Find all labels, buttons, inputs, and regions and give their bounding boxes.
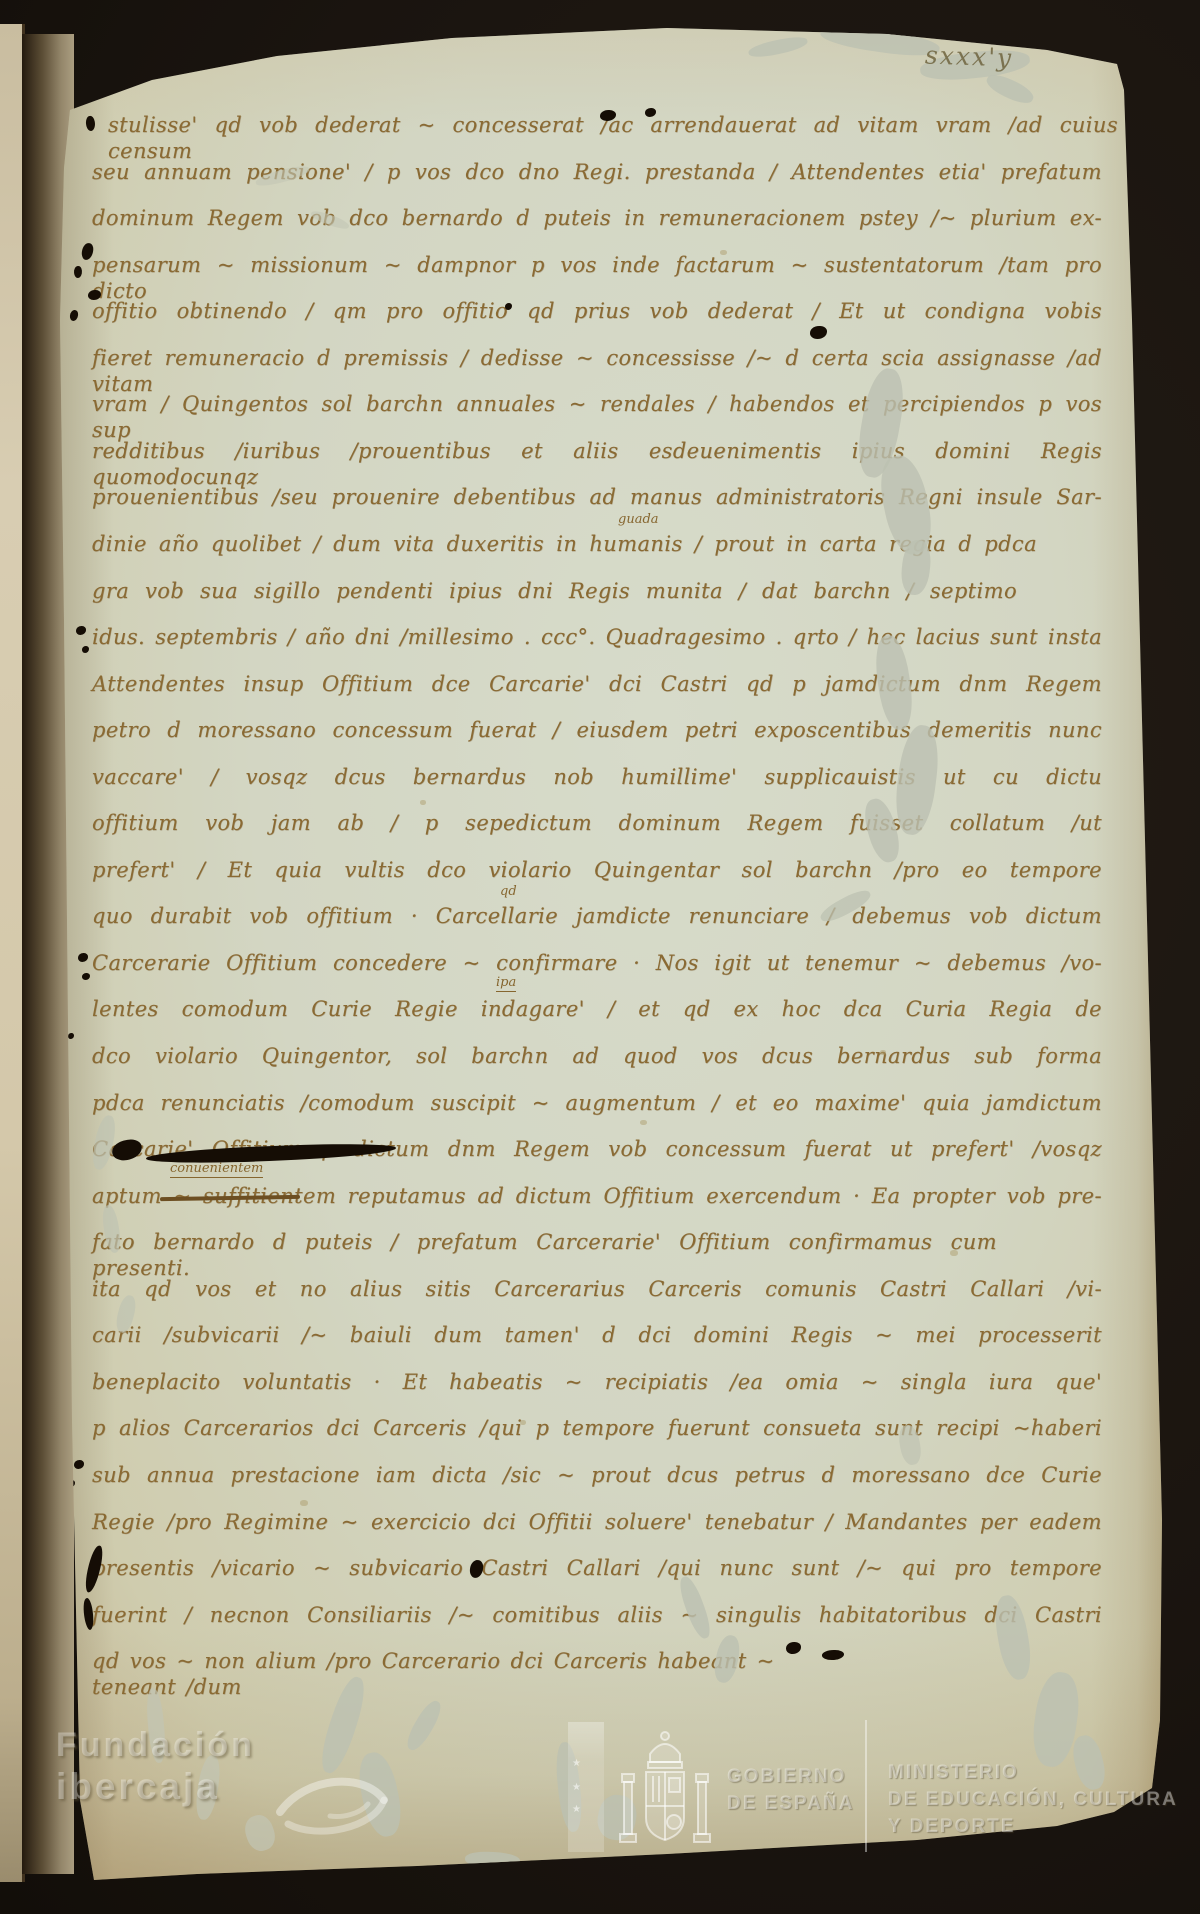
manuscript-line: seu annuam pensione' / p vos dco dno Reg… xyxy=(92,159,1102,211)
manuscript-line: Attendentes insup Offitium dce Carcarie'… xyxy=(92,671,1102,723)
manuscript-line: carii /subvicarii /~ baiuli dum tamen' d… xyxy=(92,1322,1102,1374)
ibercaja-watermark-line1: Fundación xyxy=(56,1726,255,1765)
damage-stain xyxy=(300,1500,308,1506)
manuscript-line: sub annua prestacione iam dicta /sic ~ p… xyxy=(92,1462,1102,1514)
manuscript-line: presentis /vicario ~ subvicario Castri C… xyxy=(92,1555,1102,1607)
ink-blot xyxy=(69,310,78,322)
interlinear-addition: qd xyxy=(500,885,517,899)
ink-blot xyxy=(82,646,89,653)
damage-stain xyxy=(640,1120,647,1125)
star-icon: ★ xyxy=(572,1804,581,1815)
damage-stain xyxy=(984,70,1037,107)
damage-stain xyxy=(950,1250,958,1256)
damage-stain xyxy=(819,22,941,60)
interlinear-addition: guada xyxy=(618,513,659,527)
ink-blot xyxy=(85,115,96,131)
manuscript-line: aptum ~ suffitientem reputamus ad dictum… xyxy=(92,1183,1102,1235)
ibercaja-logo-icon xyxy=(272,1760,394,1848)
damage-stain xyxy=(402,1697,445,1754)
manuscript-photo: stulisse' qd vob dederat ~ concesserat /… xyxy=(0,0,1200,1914)
manuscript-line: lentes comodum Curie Regie indagare' / e… xyxy=(92,996,1102,1048)
ink-blot xyxy=(76,626,86,635)
damage-stain xyxy=(1069,1732,1109,1792)
manuscript-page: stulisse' qd vob dederat ~ concesserat /… xyxy=(22,20,1172,1888)
ink-blot xyxy=(82,973,90,980)
damage-stain xyxy=(420,800,426,805)
manuscript-line: gra vob sua sigillo pendenti ipius dni R… xyxy=(92,578,1017,630)
star-icon: ★ xyxy=(572,1758,581,1769)
ink-blot xyxy=(822,1650,844,1660)
damage-stain xyxy=(720,250,727,255)
gobierno-watermark-line2: DE ESPAÑA xyxy=(727,1793,854,1815)
damage-stain xyxy=(962,1860,1017,1868)
manuscript-line: Regie /pro Regimine ~ exercicio dci Offi… xyxy=(92,1509,1102,1561)
spain-coat-of-arms-icon xyxy=(610,1728,720,1852)
watermark-divider xyxy=(865,1720,867,1852)
ink-blot xyxy=(73,266,82,279)
manuscript-line: fuerint / necnon Consiliariis /~ comitib… xyxy=(92,1602,1102,1654)
star-icon: ★ xyxy=(572,1782,581,1793)
manuscript-line: dominum Regem vob dco bernardo d puteis … xyxy=(92,205,1102,257)
manuscript-line: prouenientibus /seu prouenire debentibus… xyxy=(92,484,1102,536)
manuscript-line: qd vos ~ non alium /pro Carcerario dci C… xyxy=(92,1648,792,1700)
ink-blot xyxy=(78,953,88,962)
ministerio-watermark-line1: MINISTERIO xyxy=(888,1762,1019,1784)
manuscript-line: quo durabit vob offitium · Carcellarie j… xyxy=(92,903,1102,955)
interlinear-addition: conuenientem xyxy=(170,1162,263,1178)
manuscript-line: dco violario Quingentor, sol barchn ad q… xyxy=(92,1043,1102,1095)
manuscript-line: prefert' / Et quia vultis dco violario Q… xyxy=(92,857,1102,909)
manuscript-line: ita qd vos et no alius sitis Carcerarius… xyxy=(92,1276,1102,1328)
ink-blot xyxy=(68,1033,74,1039)
manuscript-line: p alios Carcerarios dci Carceris /qui p … xyxy=(92,1415,1102,1467)
gobierno-watermark-line1: GOBIERNO xyxy=(727,1766,846,1788)
manuscript-line: offitium vob jam ab / p sepedictum domin… xyxy=(92,810,1102,862)
manuscript-line: petro d moressano concessum fuerat / eiu… xyxy=(92,717,1102,769)
ministerio-watermark-line3: Y DEPORTE xyxy=(888,1816,1015,1838)
manuscript-line: vaccare' / vosqz dcus bernardus nob humi… xyxy=(92,764,1102,816)
manuscript-line: beneplacito voluntatis · Et habeatis ~ r… xyxy=(92,1369,1102,1421)
damage-stain xyxy=(747,34,809,60)
damage-stain xyxy=(775,1856,945,1867)
ibercaja-watermark-line2: ibercaja xyxy=(56,1766,220,1808)
damage-stain xyxy=(880,1050,886,1055)
interlinear-addition: ipa xyxy=(496,976,516,992)
damage-stain xyxy=(465,1851,521,1870)
manuscript-line: pdca renunciatis /comodum suscipit ~ aug… xyxy=(92,1090,1102,1142)
ministerio-watermark-line2: DE EDUCACIÓN, CULTURA xyxy=(888,1789,1178,1811)
damage-stain xyxy=(520,1420,526,1425)
manuscript-line: idus. septembris / año dni /millesimo . … xyxy=(92,624,1102,676)
manuscript-line: offitio obtinendo / qm pro offitio qd pr… xyxy=(92,298,1102,350)
ink-blot xyxy=(74,1460,84,1469)
manuscript-line: Carcerarie Offitium concedere ~ confirma… xyxy=(92,950,1102,1002)
folio-number: sxxx'y xyxy=(925,40,1014,72)
